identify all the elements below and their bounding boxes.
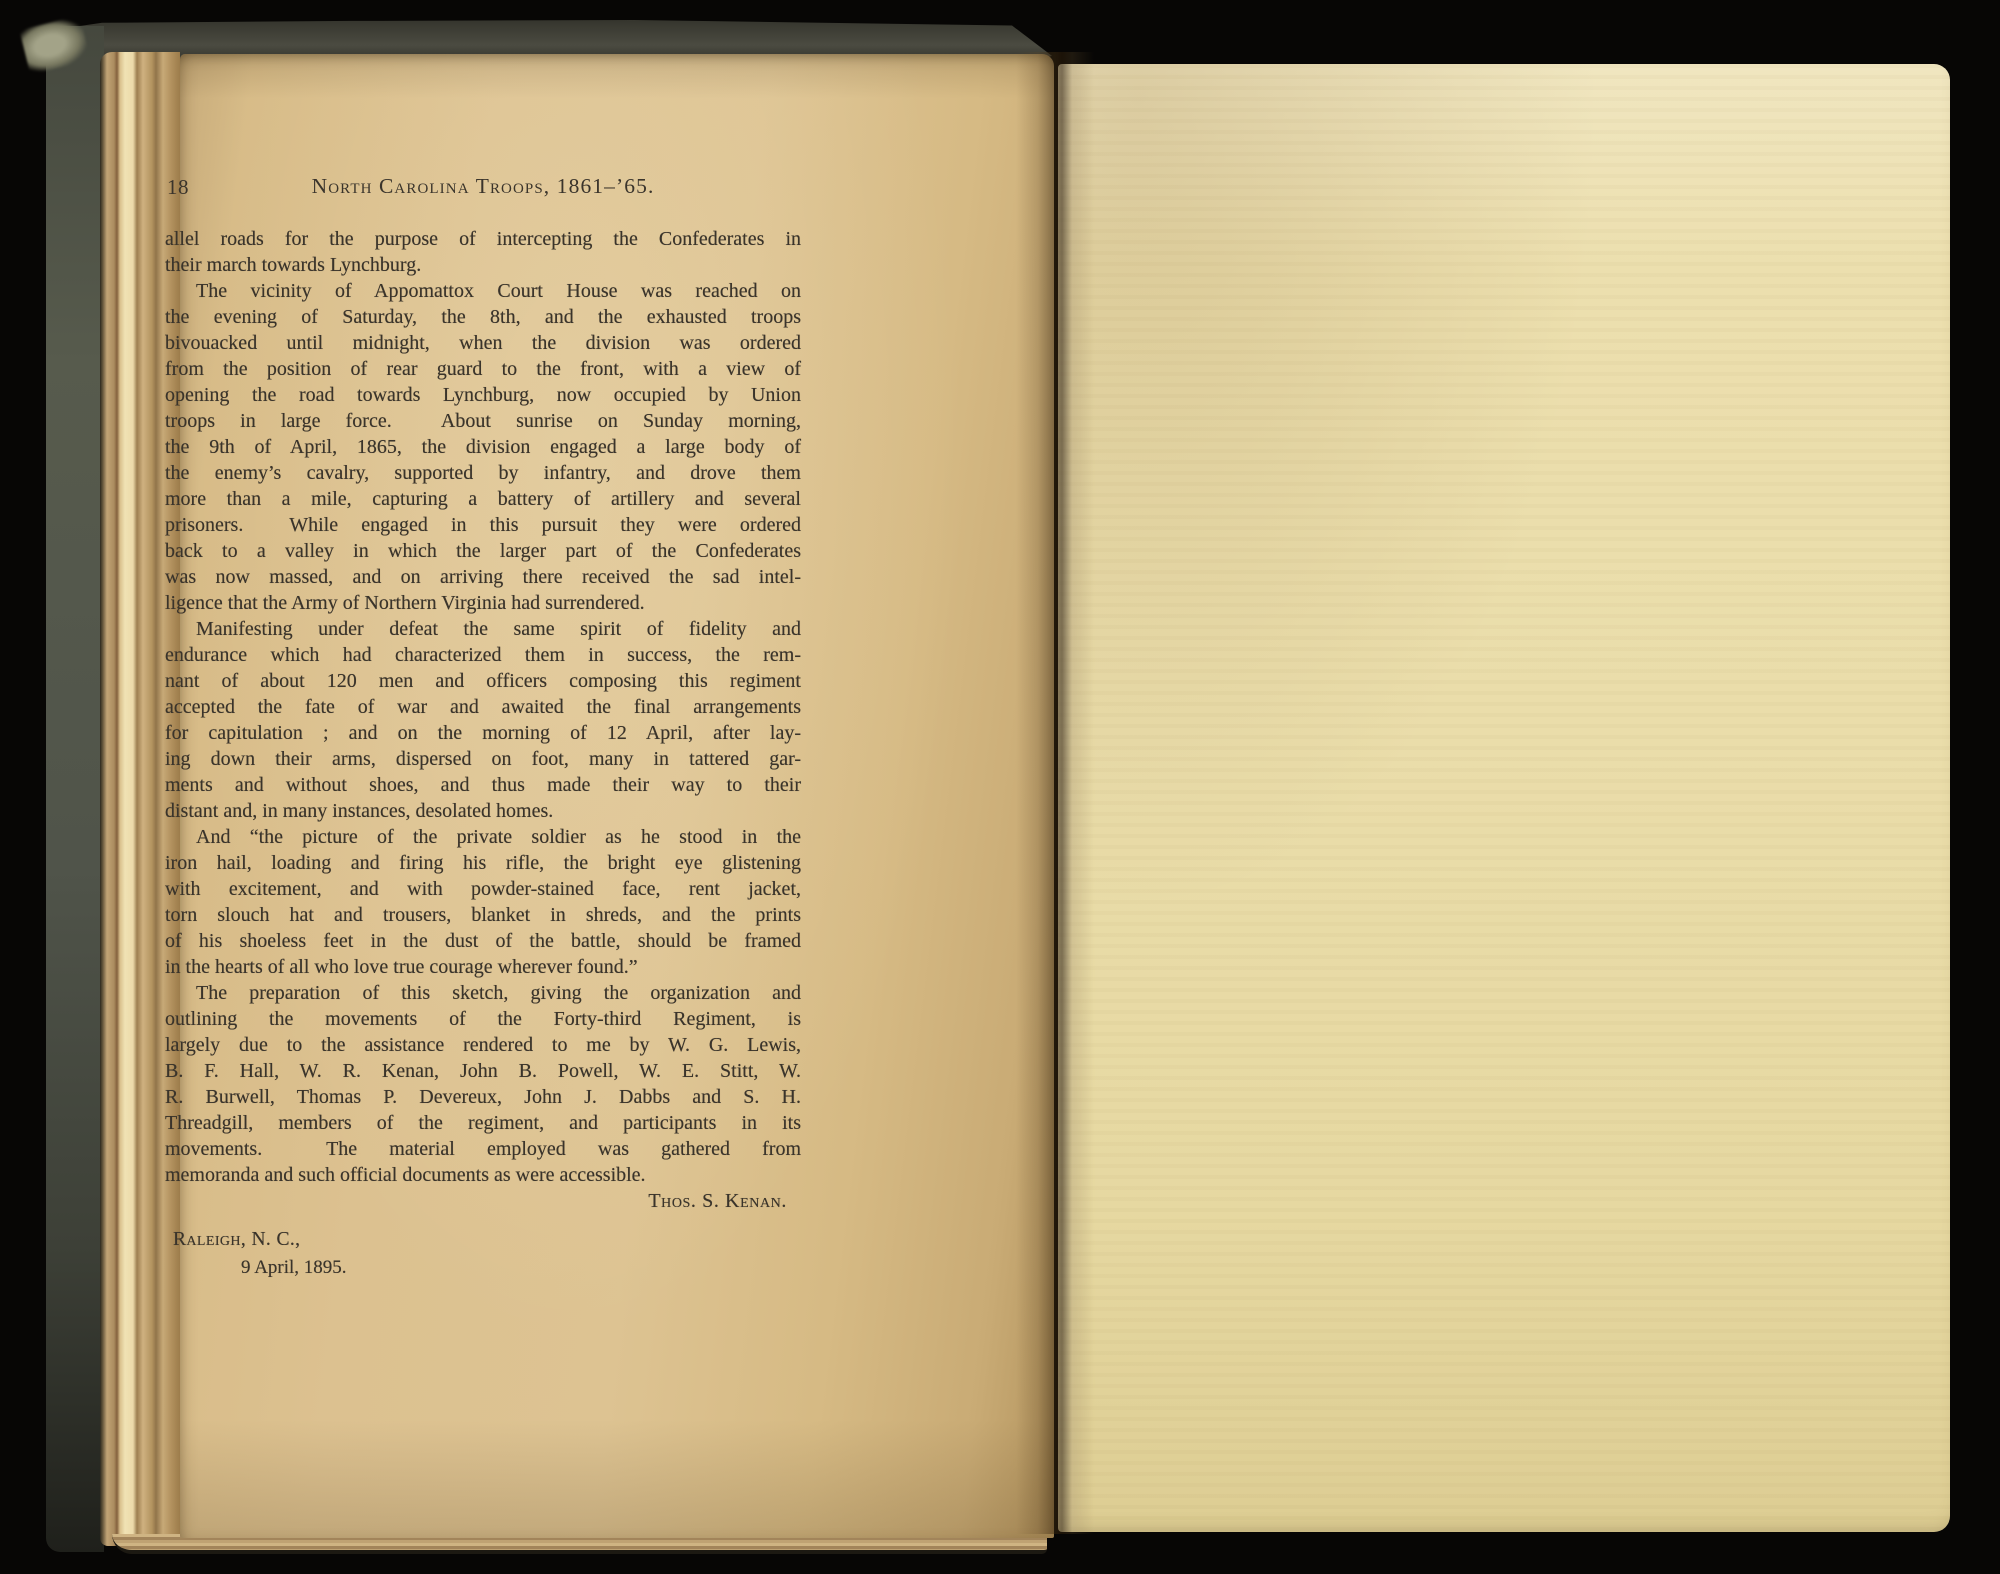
paragraph: The vicinity of Appomattox Court House w… <box>165 278 801 616</box>
text-line: ing down their arms, dispersed on foot, … <box>165 746 801 772</box>
text-line: the evening of Saturday, the 8th, and th… <box>165 304 801 330</box>
running-title: North Carolina Troops, 1861–’65. <box>165 174 801 199</box>
text-line: back to a valley in which the larger par… <box>165 538 801 564</box>
text-line: The vicinity of Appomattox Court House w… <box>165 278 801 304</box>
text-line: distant and, in many instances, desolate… <box>165 798 801 824</box>
text-line: torn slouch hat and trousers, blanket in… <box>165 902 801 928</box>
text-line: was now massed, and on arriving there re… <box>165 564 801 590</box>
text-line: with excitement, and with powder-stained… <box>165 876 801 902</box>
text-line: from the position of rear guard to the f… <box>165 356 801 382</box>
scanned-book-photo: { "left_page": { "page_number": "18", "r… <box>0 0 2000 1574</box>
paragraph: Manifesting under defeat the same spirit… <box>165 616 801 824</box>
paragraph: And “the picture of the private soldier … <box>165 824 801 980</box>
text-line: opening the road towards Lynchburg, now … <box>165 382 801 408</box>
text-line: R. Burwell, Thomas P. Devereux, John J. … <box>165 1084 801 1110</box>
paragraph: The preparation of this sketch, giving t… <box>165 980 801 1188</box>
text-line: Manifesting under defeat the same spirit… <box>165 616 801 642</box>
text-line: memoranda and such official documents as… <box>165 1162 801 1188</box>
body-paragraphs: allel roads for the purpose of intercept… <box>165 226 801 1188</box>
text-line: accepted the fate of war and awaited the… <box>165 694 801 720</box>
text-line: prisoners. While engaged in this pursuit… <box>165 512 801 538</box>
closing-block: Raleigh, N. C., 9 April, 1895. <box>165 1227 801 1281</box>
text-line: endurance which had characterized them i… <box>165 642 801 668</box>
text-line: the enemy’s cavalry, supported by infant… <box>165 460 801 486</box>
text-line: nant of about 120 men and officers compo… <box>165 668 801 694</box>
gutter-shadow <box>1016 52 1094 1534</box>
paragraph: allel roads for the purpose of intercept… <box>165 226 801 278</box>
text-line: for capitulation ; and on the morning of… <box>165 720 801 746</box>
text-line: allel roads for the purpose of intercept… <box>165 226 801 252</box>
text-line: of his shoeless feet in the dust of the … <box>165 928 801 954</box>
body-text: allel roads for the purpose of intercept… <box>165 226 801 1281</box>
text-line: movements. The material employed was gat… <box>165 1136 801 1162</box>
text-line: ments and without shoes, and thus made t… <box>165 772 801 798</box>
text-line: more than a mile, capturing a battery of… <box>165 486 801 512</box>
text-line: iron hail, loading and firing his rifle,… <box>165 850 801 876</box>
text-line: outlining the movements of the Forty-thi… <box>165 1006 801 1032</box>
text-line: The preparation of this sketch, giving t… <box>165 980 801 1006</box>
running-header: 18 North Carolina Troops, 1861–’65. <box>165 174 801 202</box>
text-line: B. F. Hall, W. R. Kenan, John B. Powell,… <box>165 1058 801 1084</box>
text-line: troops in large force. About sunrise on … <box>165 408 801 434</box>
signature-line: Thos. S. Kenan. <box>165 1188 801 1214</box>
text-line: And “the picture of the private soldier … <box>165 824 801 850</box>
text-line: Threadgill, members of the regiment, and… <box>165 1110 801 1136</box>
closing-date: 9 April, 1895. <box>165 1255 801 1281</box>
right-page-blank <box>1058 64 1950 1532</box>
text-line: their march towards Lynchburg. <box>165 252 801 278</box>
closing-place: Raleigh, N. C., <box>165 1227 801 1253</box>
text-line: ligence that the Army of Northern Virgin… <box>165 590 801 616</box>
text-line: bivouacked until midnight, when the divi… <box>165 330 801 356</box>
text-line: largely due to the assistance rendered t… <box>165 1032 801 1058</box>
book-cover-spine-edge <box>46 26 104 1552</box>
text-line: in the hearts of all who love true coura… <box>165 954 801 980</box>
text-line: the 9th of April, 1865, the division eng… <box>165 434 801 460</box>
